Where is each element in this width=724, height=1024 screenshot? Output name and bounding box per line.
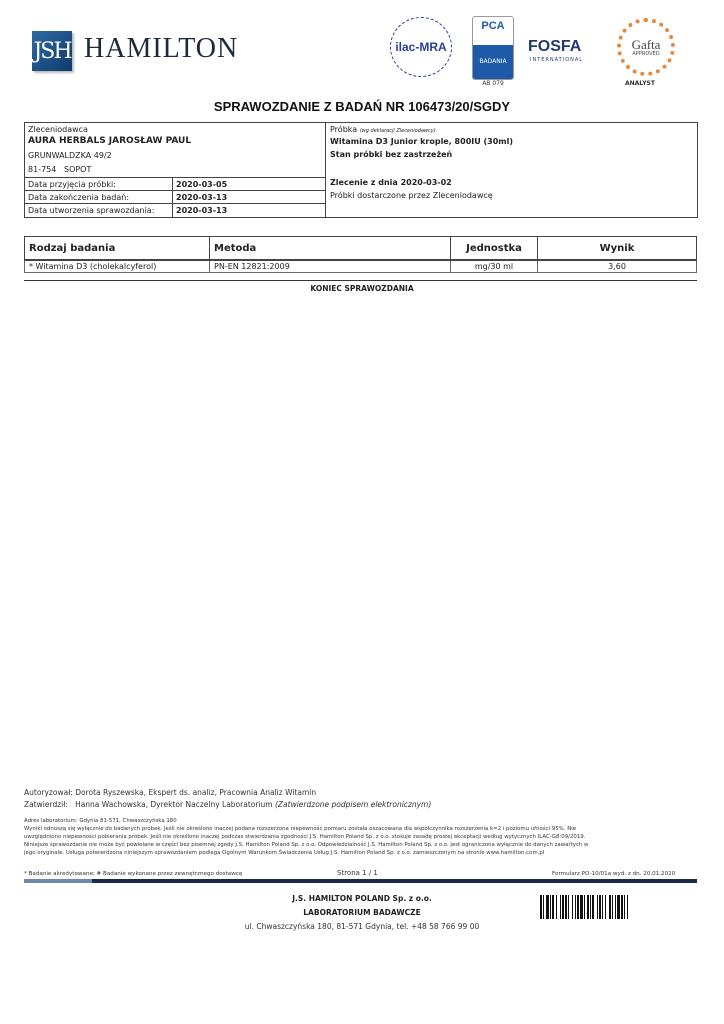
results-header-row: Rodzaj badania Metoda Jednostka Wynik [25, 237, 697, 261]
ilac-mra-badge-icon: ilac-MRA [390, 17, 452, 77]
cell-method: PN-EN 12821:2009 [210, 260, 451, 273]
gafta-sub: APPROVED [632, 51, 659, 57]
barcode-icon [540, 895, 702, 919]
gafta-badge-icon: Gafta APPROVED [617, 18, 675, 76]
date-finished-value: 2020-03-13 [172, 192, 227, 203]
client-postal: 81-754 SOPOT [24, 164, 91, 175]
form-number: Formularz PO-10/01a wyd. z dn. 20.01.202… [552, 870, 675, 878]
pca-title: PCA [473, 17, 513, 45]
sample-condition: Stan próbki bez zastrzeżeń [326, 149, 452, 160]
client-city: SOPOT [64, 165, 91, 174]
col-unit: Jednostka [451, 237, 538, 261]
col-result: Wynik [538, 237, 697, 261]
legal-text: Adres laboratorium: Gdynia 81-571, Chwas… [24, 817, 714, 857]
sample-label-text: Próbka [330, 125, 357, 134]
legal-line-1: Wyniki odnoszą się wyłącznie do badanych… [24, 825, 714, 833]
company-logo-mark: JSH [32, 31, 72, 71]
cell-unit: mg/30 ml [451, 260, 538, 273]
legal-line-2: uwzględniono niepewności pobierania prób… [24, 833, 714, 841]
end-divider [24, 280, 697, 281]
footer-address: ul. Chwaszczyńska 180, 81-571 Gdynia, te… [0, 922, 724, 931]
pca-badge-icon: PCA BADANIA [472, 16, 514, 80]
approved-note: (Zatwierdzone podpisem elektronicznym) [275, 800, 431, 809]
date-received-value: 2020-03-05 [172, 179, 227, 190]
date-received-label: Data przyjęcia próbki: [24, 179, 116, 190]
fosfa-sub: INTERNATIONAL [530, 57, 583, 63]
footer-bar-accent [24, 879, 92, 883]
authorized-value: Dorota Ryszewska, Ekspert ds. analiz, Pr… [75, 788, 316, 797]
gafta-label: ANALYST [625, 80, 655, 87]
approved-label: Zatwierdził: [24, 800, 68, 809]
fosfa-logo-icon: FOSFA [528, 38, 581, 56]
authorized-line: Autoryzował: Dorota Ryszewska, Ekspert d… [24, 788, 316, 797]
approved-value: Hanna Wachowska, Dyrektor Naczelny Labor… [75, 800, 273, 809]
approved-line: Zatwierdził: Hanna Wachowska, Dyrektor N… [24, 800, 431, 809]
client-name: AURA HERBALS JAROSŁAW PAUL [24, 136, 191, 147]
sample-order: Zlecenie z dnia 2020-03-02 [326, 177, 452, 188]
cell-test-type: * Witamina D3 (cholekalcyferol) [25, 260, 210, 273]
date-created-value: 2020-03-13 [172, 205, 227, 216]
client-postal-code: 81-754 [28, 165, 56, 174]
pca-sub: BADANIA [473, 45, 513, 79]
client-label: Zleceniodawca [24, 124, 88, 135]
date-created-label: Data utworzenia sprawozdania: [24, 205, 154, 216]
results-table: Rodzaj badania Metoda Jednostka Wynik * … [24, 236, 697, 273]
report-title: SPRAWOZDANIE Z BADAŃ NR 106473/20/SGDY [0, 99, 724, 114]
pca-number: AB 079 [472, 80, 514, 87]
sample-delivery: Próbki dostarczone przez Zleceniodawcę [326, 190, 493, 201]
company-logo-text: HAMILTON [84, 33, 238, 65]
lab-address: Adres laboratorium: Gdynia 81-571, Chwas… [24, 817, 714, 825]
legal-line-3: Niniejsze sprawozdanie nie może być powi… [24, 841, 714, 849]
cell-result: 3,60 [538, 260, 697, 273]
end-of-report: KONIEC SPRAWOZDANIA [0, 284, 724, 293]
legal-line-4: jego oryginale. Usługa potwierdzona nini… [24, 849, 714, 857]
sample-name: Witamina D3 Junior krople, 800IU (30ml) [326, 136, 513, 147]
footer-bar [92, 879, 697, 883]
table-row: * Witamina D3 (cholekalcyferol) PN-EN 12… [25, 260, 697, 273]
ilac-label: ilac-MRA [394, 40, 447, 54]
col-test-type: Rodzaj badania [25, 237, 210, 261]
client-street: GRUNWALDZKA 49/2 [24, 150, 112, 161]
accreditation-legend: * Badanie akredytowane; # Badanie wykona… [24, 870, 242, 878]
date-finished-label: Data zakończenia badań: [24, 192, 129, 203]
authorized-label: Autoryzował: [24, 788, 73, 797]
col-method: Metoda [210, 237, 451, 261]
page-number: Strona 1 / 1 [337, 869, 378, 877]
sample-label-note: (wg deklaracji Zleceniodawcy) [360, 128, 436, 134]
gafta-title: Gafta [632, 38, 661, 51]
